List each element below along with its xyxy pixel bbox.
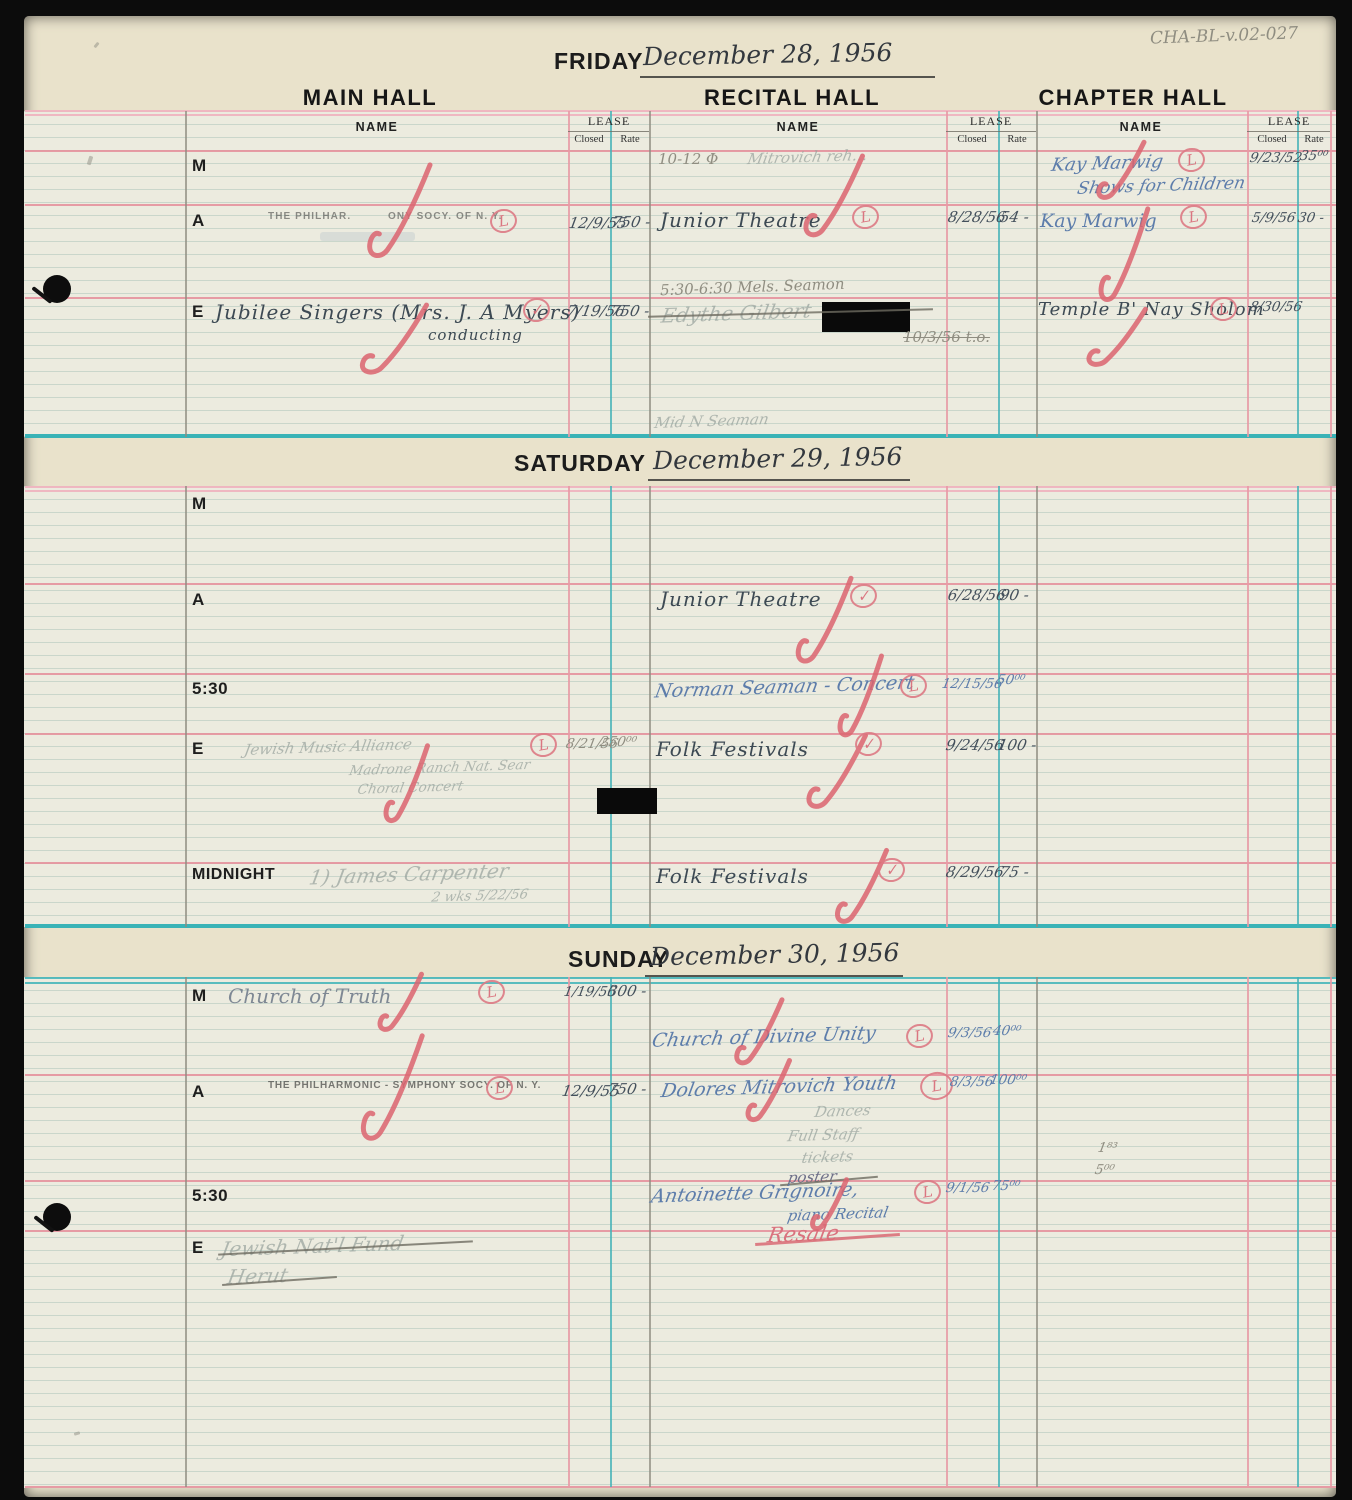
column-line <box>185 486 187 927</box>
column-line <box>185 111 187 437</box>
col-lease-main: LEASE <box>588 114 630 129</box>
col-closed-main: Closed <box>574 134 603 145</box>
entry-name: Folk Festivals <box>656 864 809 888</box>
lease-closed-value: 5/9/56 <box>1251 210 1297 226</box>
column-line <box>610 486 612 927</box>
red-checkmark <box>378 740 433 835</box>
time-label-e: E <box>192 739 204 759</box>
column-line <box>1036 977 1038 1487</box>
entry-name: Church of Truth <box>228 984 392 1008</box>
entry-note: Dances <box>813 1101 872 1121</box>
column-line <box>1330 486 1332 927</box>
hall-title-chapter: CHAPTER HALL <box>1038 85 1227 111</box>
lease-closed-value: 12/15/56 <box>941 676 1004 692</box>
col-closed-chapter: Closed <box>1257 134 1286 145</box>
column-line <box>610 977 612 1487</box>
ledger-scan: { "ref_code": "CHA-BL-v.02-027", "marks"… <box>0 0 1352 1500</box>
lease-rate-value: 750 - <box>610 213 652 231</box>
time-label-m: M <box>192 986 207 1006</box>
red-checkmark <box>358 158 438 273</box>
col-rate-recital: Rate <box>1007 134 1026 145</box>
column-line <box>649 111 651 437</box>
entry-name: Folk Festivals <box>656 737 809 761</box>
red-checkmark <box>1090 138 1150 208</box>
red-checkmark <box>1078 305 1153 375</box>
lease-rate-value: 30 - <box>1297 210 1326 226</box>
lease-rate-value: 40⁰⁰ <box>992 1023 1023 1039</box>
saturday-grid <box>24 486 1336 927</box>
time-label-a: A <box>192 590 205 610</box>
lease-closed-value: 9/23/52 <box>1249 150 1304 166</box>
column-line <box>649 977 651 1487</box>
lease-rate-value: 100 - <box>996 736 1038 754</box>
date-underline <box>640 76 935 78</box>
ruled-line <box>25 114 1336 116</box>
column-line <box>568 111 570 437</box>
entry-note: conducting <box>428 326 523 344</box>
date-underline <box>648 479 910 481</box>
lease-rate-value: 750 - <box>609 302 651 320</box>
ruled-line <box>25 673 1336 675</box>
column-line <box>610 111 612 437</box>
hall-title-main: MAIN HALL <box>303 85 437 111</box>
entry-note: 10-12 Φ <box>658 150 718 168</box>
column-line <box>568 486 570 927</box>
lease-rate-value: 35⁰⁰ <box>1299 148 1330 164</box>
entry-note-crossed: 10/3/56 t.o. <box>903 328 990 346</box>
ruled-line <box>25 1180 1336 1182</box>
lease-closed-value: 9/1/56 <box>945 1180 991 1196</box>
red-checkmark <box>352 1028 430 1158</box>
lease-closed-value: 8/29/56 <box>944 863 1005 881</box>
redaction-box <box>597 788 657 814</box>
column-line <box>998 977 1000 1487</box>
lease-rate-value: 75⁰⁰ <box>991 1178 1022 1194</box>
lease-rate-value: 100⁰⁰ <box>989 1072 1028 1088</box>
time-label-a: A <box>192 211 205 231</box>
lease-rate-value: 75 - <box>998 863 1030 881</box>
time-label-530: 5:30 <box>192 679 228 699</box>
column-line <box>1330 977 1332 1487</box>
time-label-m: M <box>192 156 207 176</box>
red-checkmark <box>740 1056 795 1131</box>
col-name-chapter: NAME <box>1120 120 1163 134</box>
lease-closed-value: 9/3/56 <box>947 1025 993 1041</box>
philharmonic-stamp: THE PHILHAR. <box>268 211 351 222</box>
col-name-recital: NAME <box>777 120 820 134</box>
lease-rate-value: 300 - <box>606 982 648 1000</box>
ruled-line <box>25 977 1336 979</box>
lease-underline <box>946 131 1036 132</box>
column-line <box>1297 977 1299 1487</box>
ruled-line <box>25 583 1336 585</box>
day-label-friday: FRIDAY <box>554 48 644 75</box>
red-checkmark <box>806 1176 851 1238</box>
time-label-530: 5:30 <box>192 1186 228 1206</box>
col-lease-chapter: LEASE <box>1268 114 1310 129</box>
lease-rate-value: 90 - <box>998 586 1030 604</box>
day-date-friday: December 28, 1956 <box>643 38 893 71</box>
ruled-line <box>25 1486 1336 1488</box>
column-line <box>185 977 187 1487</box>
section-divider <box>25 434 1336 438</box>
entry-name-crossed: Herut <box>226 1263 290 1289</box>
red-checkmark <box>350 300 435 385</box>
entry-note: tickets <box>800 1147 854 1167</box>
column-line <box>1330 111 1332 437</box>
column-line <box>998 111 1000 437</box>
time-label-m: M <box>192 494 207 514</box>
col-name-main: NAME <box>356 120 399 134</box>
column-line <box>1036 111 1038 437</box>
lease-rate-value: 750 - <box>606 1080 648 1098</box>
ruled-line <box>25 1074 1336 1076</box>
column-line <box>649 486 651 927</box>
day-label-saturday: SATURDAY <box>514 450 646 477</box>
column-line <box>1297 486 1299 927</box>
lease-underline <box>1247 131 1330 132</box>
day-date-sunday: December 30, 1956 <box>650 938 900 971</box>
time-label-midnight: MIDNIGHT <box>192 866 275 884</box>
time-label-a: A <box>192 1082 205 1102</box>
hall-title-recital: RECITAL HALL <box>704 85 880 111</box>
day-date-saturday: December 29, 1956 <box>653 442 903 475</box>
lease-rate-value: 250⁰⁰ <box>599 734 638 750</box>
col-closed-recital: Closed <box>957 134 986 145</box>
entry-note: Full Staff <box>786 1125 860 1145</box>
lease-closed-value: 8/30/56 <box>1249 299 1304 315</box>
amount-note: 5⁰⁰ <box>1094 1162 1116 1178</box>
lease-underline <box>568 131 649 132</box>
column-line <box>998 486 1000 927</box>
time-label-e: E <box>192 1238 204 1258</box>
column-line <box>1247 486 1249 927</box>
ruled-line <box>25 1230 1336 1232</box>
ruled-line <box>25 982 1336 984</box>
ruled-line <box>25 733 1336 735</box>
col-rate-chapter: Rate <box>1304 134 1323 145</box>
date-underline <box>645 975 903 977</box>
col-rate-main: Rate <box>620 134 639 145</box>
section-divider <box>25 924 1336 928</box>
ruled-line <box>25 490 1336 492</box>
red-checkmark <box>828 845 893 935</box>
redaction-box <box>822 302 910 332</box>
column-line <box>568 977 570 1487</box>
column-line <box>946 111 948 437</box>
column-line <box>946 486 948 927</box>
sunday-grid <box>24 977 1336 1488</box>
column-line <box>1036 486 1038 927</box>
col-lease-recital: LEASE <box>970 114 1012 129</box>
column-line <box>1247 977 1249 1487</box>
amount-note: 1⁸³ <box>1097 1140 1119 1156</box>
ruled-line <box>25 486 1336 488</box>
red-checkmark <box>795 150 870 250</box>
time-label-e: E <box>192 302 204 322</box>
column-line <box>946 977 948 1487</box>
lease-rate-value: 54 - <box>998 208 1030 226</box>
lease-rate-value: 50⁰⁰ <box>996 672 1027 688</box>
